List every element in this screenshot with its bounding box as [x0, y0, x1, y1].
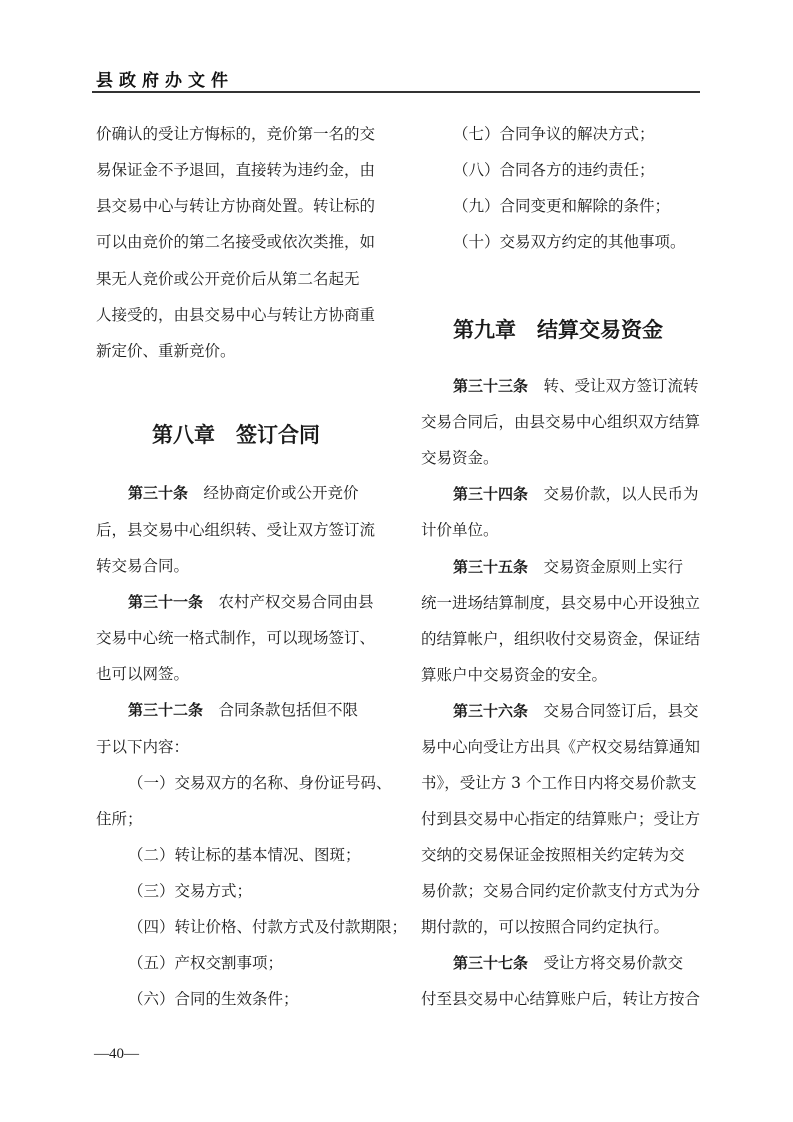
- document-header: 县政府办文件: [96, 66, 234, 91]
- chapter-8-heading: 第八章 签订合同: [152, 422, 320, 448]
- list-item: （七）合同争议的解决方式；: [453, 124, 655, 144]
- paragraph-line: 的结算帐户，组织收付交易资金，保证结: [421, 629, 700, 649]
- article-35: 第三十五条 交易资金原则上实行: [453, 557, 683, 577]
- header-divider: [92, 91, 700, 93]
- paragraph-line: 统一进场结算制度，县交易中心开设独立: [421, 593, 700, 613]
- chapter-9-heading: 第九章 结算交易资金: [453, 317, 663, 343]
- paragraph-line: 易价款；交易合同约定价款支付方式为分: [421, 881, 700, 901]
- article-label: 第三十二条: [128, 701, 203, 719]
- list-item: （六）合同的生效条件；: [128, 989, 299, 1009]
- paragraph-line: 可以由竞价的第二名接受或依次类推，如: [96, 232, 375, 252]
- paragraph-line: 交易合同后，由县交易中心组织双方结算: [421, 412, 700, 432]
- paragraph-line: 交易中心统一格式制作，可以现场签订、: [96, 628, 375, 648]
- article-label: 第三十一条: [128, 593, 203, 611]
- article-30: 第三十条 经协商定价或公开竞价: [128, 483, 359, 503]
- list-item: （四）转让价格、付款方式及付款期限；: [128, 917, 407, 937]
- paragraph-line: 后，县交易中心组织转、受让双方签订流: [96, 520, 375, 540]
- article-37: 第三十七条 受让方将交易价款交: [453, 953, 683, 973]
- article-32: 第三十二条 合同条款包括但不限: [128, 700, 358, 720]
- list-item: 住所；: [96, 809, 143, 829]
- paragraph-line: 于以下内容：: [96, 737, 189, 757]
- article-label: 第三十五条: [453, 558, 528, 576]
- list-item: （五）产权交割事项；: [128, 953, 283, 973]
- paragraph-line: 转交易合同。: [96, 556, 189, 576]
- article-label: 第三十四条: [453, 485, 528, 503]
- list-item: （三）交易方式；: [128, 881, 252, 901]
- list-item: （一）交易双方的名称、身份证号码、: [128, 773, 392, 793]
- article-label: 第三十条: [128, 484, 188, 502]
- list-item: （二）转让标的基本情况、图斑；: [128, 845, 361, 865]
- article-33: 第三十三条 转、受让双方签订流转: [453, 376, 699, 396]
- paragraph-line: 付到县交易中心指定的结算账户；受让方: [421, 809, 700, 829]
- article-36: 第三十六条 交易合同签订后，县交: [453, 701, 699, 721]
- paragraph-line: 易中心向受让方出具《产权交易结算通知: [421, 737, 700, 757]
- paragraph-line: 计价单位。: [421, 520, 499, 540]
- article-label: 第三十三条: [453, 377, 528, 395]
- paragraph-line: 付至县交易中心结算账户后，转让方按合: [421, 989, 700, 1009]
- list-item: （十）交易双方约定的其他事项。: [453, 232, 686, 252]
- paragraph-line: 算账户中交易资金的安全。: [421, 665, 607, 685]
- article-34: 第三十四条 交易价款，以人民币为: [453, 484, 699, 504]
- paragraph-line: 果无人竞价或公开竞价后从第二名起无: [96, 269, 360, 289]
- paragraph-line: 人接受的，由县交易中心与转让方协商重: [96, 305, 375, 325]
- paragraph-line: 新定价、重新竞价。: [96, 341, 236, 361]
- page-number: —40—: [94, 1046, 139, 1063]
- paragraph-line: 易保证金不予退回，直接转为违约金，由: [96, 160, 375, 180]
- list-item: （八）合同各方的违约责任；: [453, 160, 655, 180]
- paragraph-line: 书》，受让方 3 个工作日内将交易价款支: [421, 773, 696, 793]
- paragraph-line: 价确认的受让方悔标的，竞价第一名的交: [96, 124, 375, 144]
- paragraph-line: 期付款的，可以按照合同约定执行。: [421, 917, 669, 937]
- article-label: 第三十七条: [453, 954, 528, 972]
- paragraph-line: 也可以网签。: [96, 664, 189, 684]
- paragraph-line: 交易资金。: [421, 448, 499, 468]
- paragraph-line: 交纳的交易保证金按照相关约定转为交: [421, 845, 685, 865]
- list-item: （九）合同变更和解除的条件；: [453, 196, 670, 216]
- article-31: 第三十一条 农村产权交易合同由县: [128, 592, 374, 612]
- article-label: 第三十六条: [453, 702, 528, 720]
- paragraph-line: 县交易中心与转让方协商处置。转让标的: [96, 196, 375, 216]
